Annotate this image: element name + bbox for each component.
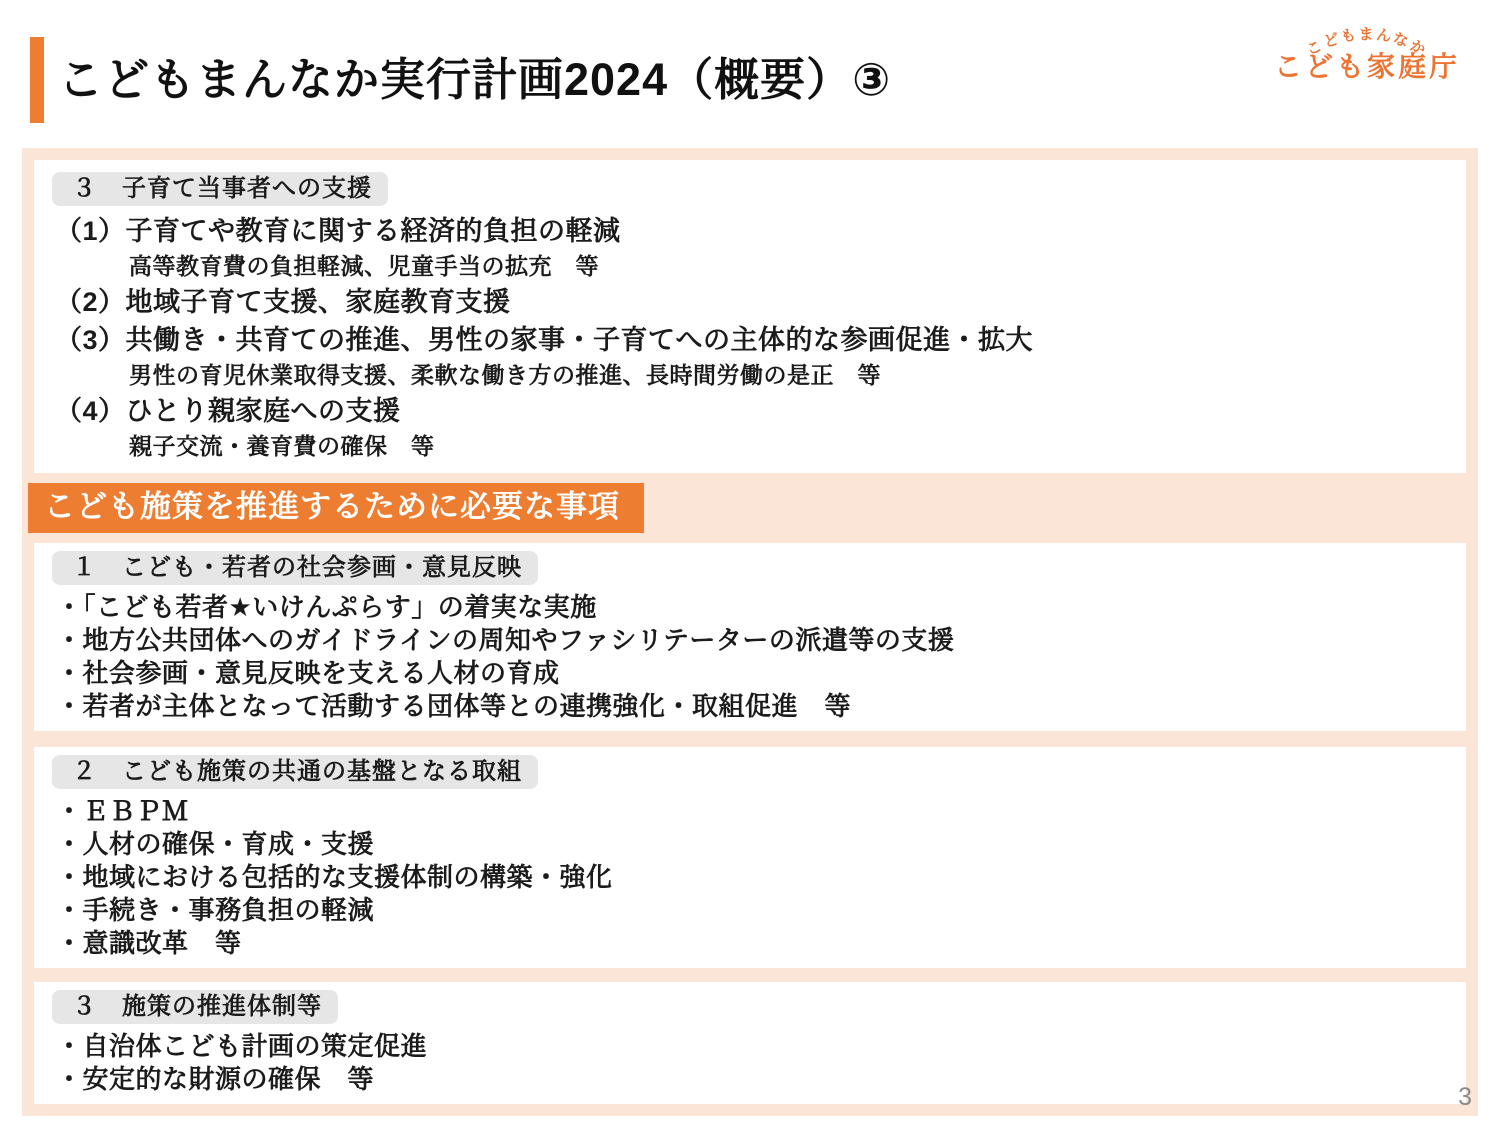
bullet-item: ・ＥＢＰＭ — [48, 795, 1446, 828]
section-heading-chip: ３ 施策の推進体制等 — [52, 990, 338, 1024]
bullet-item: ・地方公共団体へのガイドラインの周知やファシリテーターの派遣等の支援 — [48, 624, 1446, 657]
section-common-foundation: ２ こども施策の共通の基盤となる取組 ・ＥＢＰＭ ・人材の確保・育成・支援 ・地… — [34, 747, 1466, 968]
logo-agency-name: こども家庭庁 — [1262, 50, 1472, 84]
page-title: こどもまんなか実行計画2024（概要）③ — [58, 37, 891, 123]
section-heading-chip: １ こども・若者の社会参画・意見反映 — [52, 551, 538, 585]
bullet-item: ・意識改革 等 — [48, 927, 1446, 960]
bullet-item: ・若者が主体となって活動する団体等との連携強化・取組促進 等 — [48, 690, 1446, 723]
slide: { "header": { "title": "こどもまんなか実行計画2024（… — [0, 0, 1500, 1125]
bullet-item: ・社会参画・意見反映を支える人材の育成 — [48, 657, 1446, 690]
bullet-item: ・自治体こども計画の策定促進 — [48, 1030, 1446, 1063]
section-promotion-system: ３ 施策の推進体制等 ・自治体こども計画の策定促進 ・安定的な財源の確保 等 — [34, 982, 1466, 1104]
agency-logo: こどもまんなか こども家庭庁 — [1262, 20, 1472, 84]
section-support-for-parents: ３ 子育て当事者への支援 （1）子育てや教育に関する経済的負担の軽減 高等教育費… — [34, 160, 1466, 473]
title-accent-bar — [30, 37, 44, 123]
banner-row: こども施策を推進するために必要な事項 — [34, 473, 1466, 543]
section-participation-opinions: １ こども・若者の社会参画・意見反映 ・「こども若者★いけんぷらす」の着実な実施… — [34, 543, 1466, 731]
bullet-item: ・「こども若者★いけんぷらす」の着実な実施 — [48, 591, 1446, 624]
page-number: 3 — [1458, 1083, 1472, 1112]
policy-item: （1）子育てや教育に関する経済的負担の軽減 — [48, 212, 1446, 250]
bullet-item: ・手続き・事務負担の軽減 — [48, 894, 1446, 927]
section-heading-chip: ２ こども施策の共通の基盤となる取組 — [52, 755, 538, 789]
bullet-item: ・安定的な財源の確保 等 — [48, 1063, 1446, 1096]
policy-item: （3）共働き・共育ての推進、男性の家事・子育てへの主体的な参画促進・拡大 — [48, 321, 1446, 359]
policy-item-detail: 高等教育費の負担軽減、児童手当の拡充 等 — [48, 250, 1446, 283]
policy-item: （4）ひとり親家庭への支援 — [48, 392, 1446, 430]
section-heading-chip: ３ 子育て当事者への支援 — [52, 172, 388, 206]
bullet-item: ・人材の確保・育成・支援 — [48, 828, 1446, 861]
content-panel: ３ 子育て当事者への支援 （1）子育てや教育に関する経済的負担の軽減 高等教育費… — [22, 148, 1478, 1116]
section-banner: こども施策を推進するために必要な事項 — [28, 483, 644, 533]
policy-item: （2）地域子育て支援、家庭教育支援 — [48, 283, 1446, 321]
policy-item-detail: 男性の育児休業取得支援、柔軟な働き方の推進、長時間労働の是正 等 — [48, 359, 1446, 392]
header: こどもまんなか実行計画2024（概要）③ — [30, 37, 891, 123]
policy-item-detail: 親子交流・養育費の確保 等 — [48, 430, 1446, 463]
bullet-item: ・地域における包括的な支援体制の構築・強化 — [48, 861, 1446, 894]
logo-arc-text: こどもまんなか — [1262, 20, 1472, 50]
